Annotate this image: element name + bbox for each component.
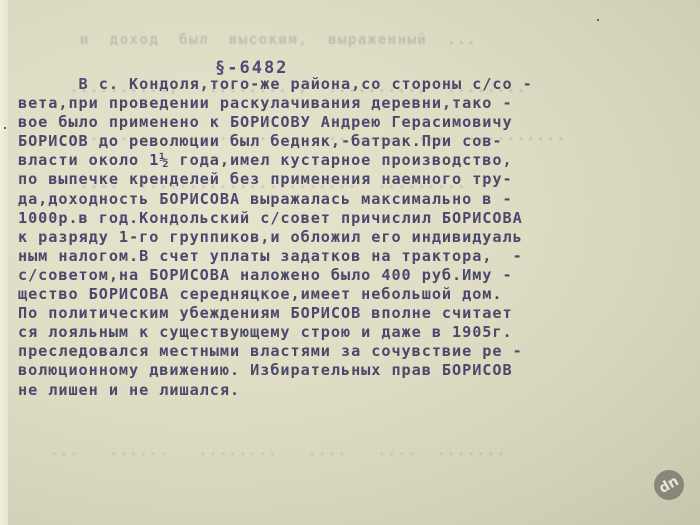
text-line: вое было применено к БОРИСОВУ Андрею Гер… [18, 113, 698, 132]
text-line: с/советом,на БОРИСОВА наложено было 400 … [18, 266, 698, 285]
text-line: В с. Кондоля,того-же района,со стороны с… [18, 75, 698, 94]
text-line: власти около 1½ года,имел кустарное прои… [18, 151, 698, 170]
page-edge [0, 0, 8, 525]
text-line: по выпечке кренделей без применения наем… [18, 170, 698, 189]
text-line: вета,при проведении раскулачивания дерев… [18, 94, 698, 113]
text-line: волюционному движению. Избирательных пра… [18, 361, 698, 380]
document-body: В с. Кондоля,того-же района,со стороны с… [18, 75, 698, 400]
text-line: не лишен и не лишался. [18, 381, 698, 400]
text-line: преследовался местными властями за сочув… [18, 342, 698, 361]
text-line: По политическим убеждениям БОРИСОВ вполн… [18, 304, 698, 323]
text-line: щество БОРИСОВА середняцкое,имеет неболь… [18, 285, 698, 304]
text-line: ся лояльным к существующему строю и даже… [18, 323, 698, 342]
text-line: БОРИСОВ до революции был бедняк,-батрак.… [18, 132, 698, 151]
dn-watermark-logo: dn [649, 465, 690, 506]
bleed-through-text-bottom: ... ...... ........ .... .... ....... [30, 443, 630, 459]
bleed-line: и доход был высоким, выраженный ... [60, 32, 700, 48]
paper-speck [4, 127, 6, 129]
paper-speck [597, 19, 599, 21]
text-line: ным налогом.В счет уплаты задатков на тр… [18, 247, 698, 266]
text-line: 1000р.в год.Кондольский с/совет причисли… [18, 209, 698, 228]
document-photo: и доход был высоким, выраженный ... ....… [0, 0, 700, 525]
text-line: да,доходность БОРИСОВА выражалась максим… [18, 190, 698, 209]
text-line: к разряду 1-го группиков,и обложил его и… [18, 228, 698, 247]
